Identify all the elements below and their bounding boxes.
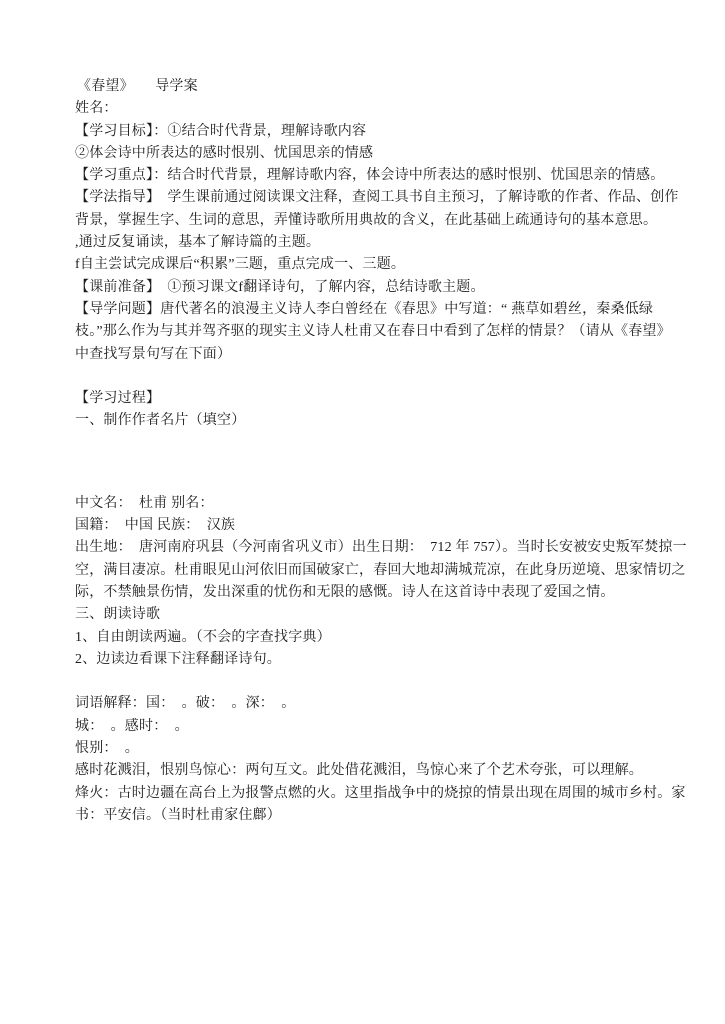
reading-step-2: 2、边读边看课下注释翻译诗句。 — [75, 649, 687, 671]
learning-process-heading: 【学习过程】 — [75, 388, 687, 410]
word-explanation-line-2: 城： 。感时： 。 — [75, 716, 687, 738]
birthplace-line-2: 空，满目凄凉。杜甫眼见山河依旧而国破家亡，春回大地却满城荒凉，在此身历逆境、思家… — [75, 560, 687, 582]
birthplace-line-1: 出生地： 唐河南府巩县（今河南省巩义市）出生日期： 712 年 757）。当时长… — [75, 537, 687, 559]
learning-goals-line-1: 【学习目标】：①结合时代背景，理解诗歌内容 — [75, 121, 687, 143]
word-explanation-line-1: 词语解释：国： 。破： 。深： 。 — [75, 693, 687, 715]
spacer-large — [75, 463, 687, 493]
reading-step-1: 1、自由朗读两遍。（不会的字查找字典） — [75, 627, 687, 649]
guiding-question-line-1: 【导学问题】唐代著名的浪漫主义诗人李白曾经在《春思》中写道：“ 燕草如碧丝，秦桑… — [75, 299, 687, 321]
study-guidance-line-3: ,通过反复诵读，基本了解诗篇的主题。 — [75, 232, 687, 254]
beacon-fire-line-2: 书：平安信。（当时杜甫家住鄜） — [75, 805, 687, 827]
birthplace-line-3: 际，不禁触景伤情，发出深重的忧伤和无限的感慨。诗人在这首诗中表现了爱国之情。 — [75, 582, 687, 604]
student-name-line: 姓名： — [75, 98, 687, 120]
spacer — [75, 671, 687, 693]
pre-class-prep-line: 【课前准备】 ①预习课文f翻译诗句，了解内容，总结诗歌主题。 — [75, 277, 687, 299]
document-page: 《春望》 导学案姓名：【学习目标】：①结合时代背景，理解诗歌内容②体会诗中所表达… — [0, 0, 725, 1024]
study-guidance-line-1: 【学法指导】 学生课前通过阅读课文注释，查阅工具书自主预习，了解诗歌的作者、作品… — [75, 187, 687, 209]
author-name-line: 中文名： 杜甫 别名： — [75, 493, 687, 515]
self-attempt-line: f自主尝试完成课后“积累”三题，重点完成一、三题。 — [75, 254, 687, 276]
section-one-heading: 一、制作作者名片（填空） — [75, 410, 687, 432]
guiding-question-line-2: 枝。”那么作为与其并驾齐驱的现实主义诗人杜甫又在春日中看到了怎样的情景？（请从《… — [75, 321, 687, 343]
guiding-question-line-3: 中查找写景句写在下面） — [75, 344, 687, 366]
beacon-fire-line-1: 烽火：古时边疆在高台上为报警点燃的火。这里指战争中的烧掠的情景出现在周围的城市乡… — [75, 783, 687, 805]
document-body: 《春望》 导学案姓名：【学习目标】：①结合时代背景，理解诗歌内容②体会诗中所表达… — [75, 76, 687, 827]
doc-title: 《春望》 导学案 — [75, 76, 687, 98]
learning-goals-line-2: ②体会诗中所表达的感时恨别、忧国思亲的情感 — [75, 143, 687, 165]
couplet-explanation-line: 感时花溅泪，恨别鸟惊心：两句互文。此处借花溅泪，鸟惊心来了个艺术夸张，可以理解。 — [75, 760, 687, 782]
learning-focus-line: 【学习重点】：结合时代背景，理解诗歌内容，体会诗中所表达的感时恨别、忧国思亲的情… — [75, 165, 687, 187]
study-guidance-line-2: 背景，掌握生字、生词的意思，弄懂诗歌所用典故的含义，在此基础上疏通诗句的基本意思… — [75, 210, 687, 232]
section-three-heading: 三、朗读诗歌 — [75, 604, 687, 626]
spacer-large — [75, 433, 687, 463]
nationality-line: 国籍： 中国 民族： 汉族 — [75, 515, 687, 537]
word-explanation-line-3: 恨别： 。 — [75, 738, 687, 760]
spacer — [75, 366, 687, 388]
